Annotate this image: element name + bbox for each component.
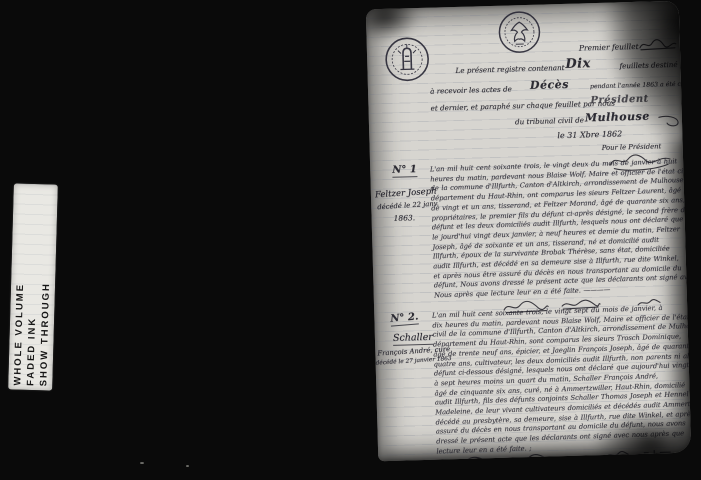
tribunal-city: Mulhouse bbox=[585, 110, 650, 125]
act1-margin-note: décédé le 22 janv. bbox=[377, 199, 439, 211]
feuillets-destine-text: feuillets destiné bbox=[619, 60, 677, 71]
act1-margin-name: Feltzer Joseph bbox=[375, 186, 437, 200]
act1-number: N° 1 bbox=[392, 164, 417, 178]
timbre-imperial-figure-stamp-icon bbox=[384, 36, 431, 83]
act2-margin-name: Schaller bbox=[393, 332, 433, 346]
pour-le-president-text: Pour le Président bbox=[602, 142, 662, 152]
act1-body: L'an mil huit cent soixante trois, le vi… bbox=[430, 157, 691, 302]
archival-label-text: WHOLE VOLUME FADED INK SHOW THROUGH bbox=[11, 233, 53, 386]
signature-flourish bbox=[639, 37, 677, 52]
actes-de-text: à recevoir les actes de bbox=[430, 84, 512, 95]
imperial-eagle-stamp-icon bbox=[497, 10, 542, 55]
premier-feuillet-label: Premier feuillet bbox=[579, 42, 639, 53]
paraphe-by-signature: Président bbox=[590, 94, 649, 107]
film-speck bbox=[140, 462, 144, 464]
archival-label-strip: WHOLE VOLUME FADED INK SHOW THROUGH bbox=[8, 183, 58, 390]
closing-mark bbox=[642, 447, 672, 458]
act2-number: N° 2. bbox=[390, 311, 419, 326]
film-speck bbox=[186, 465, 189, 467]
act2-body: L'an mil huit cent soixante trois, le vi… bbox=[432, 302, 691, 457]
feuillet-count: Dix bbox=[565, 56, 591, 72]
act2-declarant-signature bbox=[440, 454, 498, 461]
act2-declarant-signature bbox=[508, 451, 564, 461]
actes-type: Décès bbox=[530, 78, 569, 92]
registre-contenant-text: Le présent registre contenant bbox=[455, 63, 564, 75]
act1-margin-year: 1863. bbox=[393, 213, 415, 223]
act2-mayor-signature bbox=[604, 448, 630, 461]
flourish-swirl bbox=[657, 113, 681, 130]
date-line: le 31 Xbre 1862 bbox=[557, 129, 622, 140]
register-page: Premier feuillet Le présent registre con… bbox=[366, 1, 691, 462]
tribunal-text: du tribunal civil de bbox=[515, 115, 584, 126]
cote-par-premier-text: pendant l'année 1863 a été coté par prem… bbox=[590, 79, 691, 90]
